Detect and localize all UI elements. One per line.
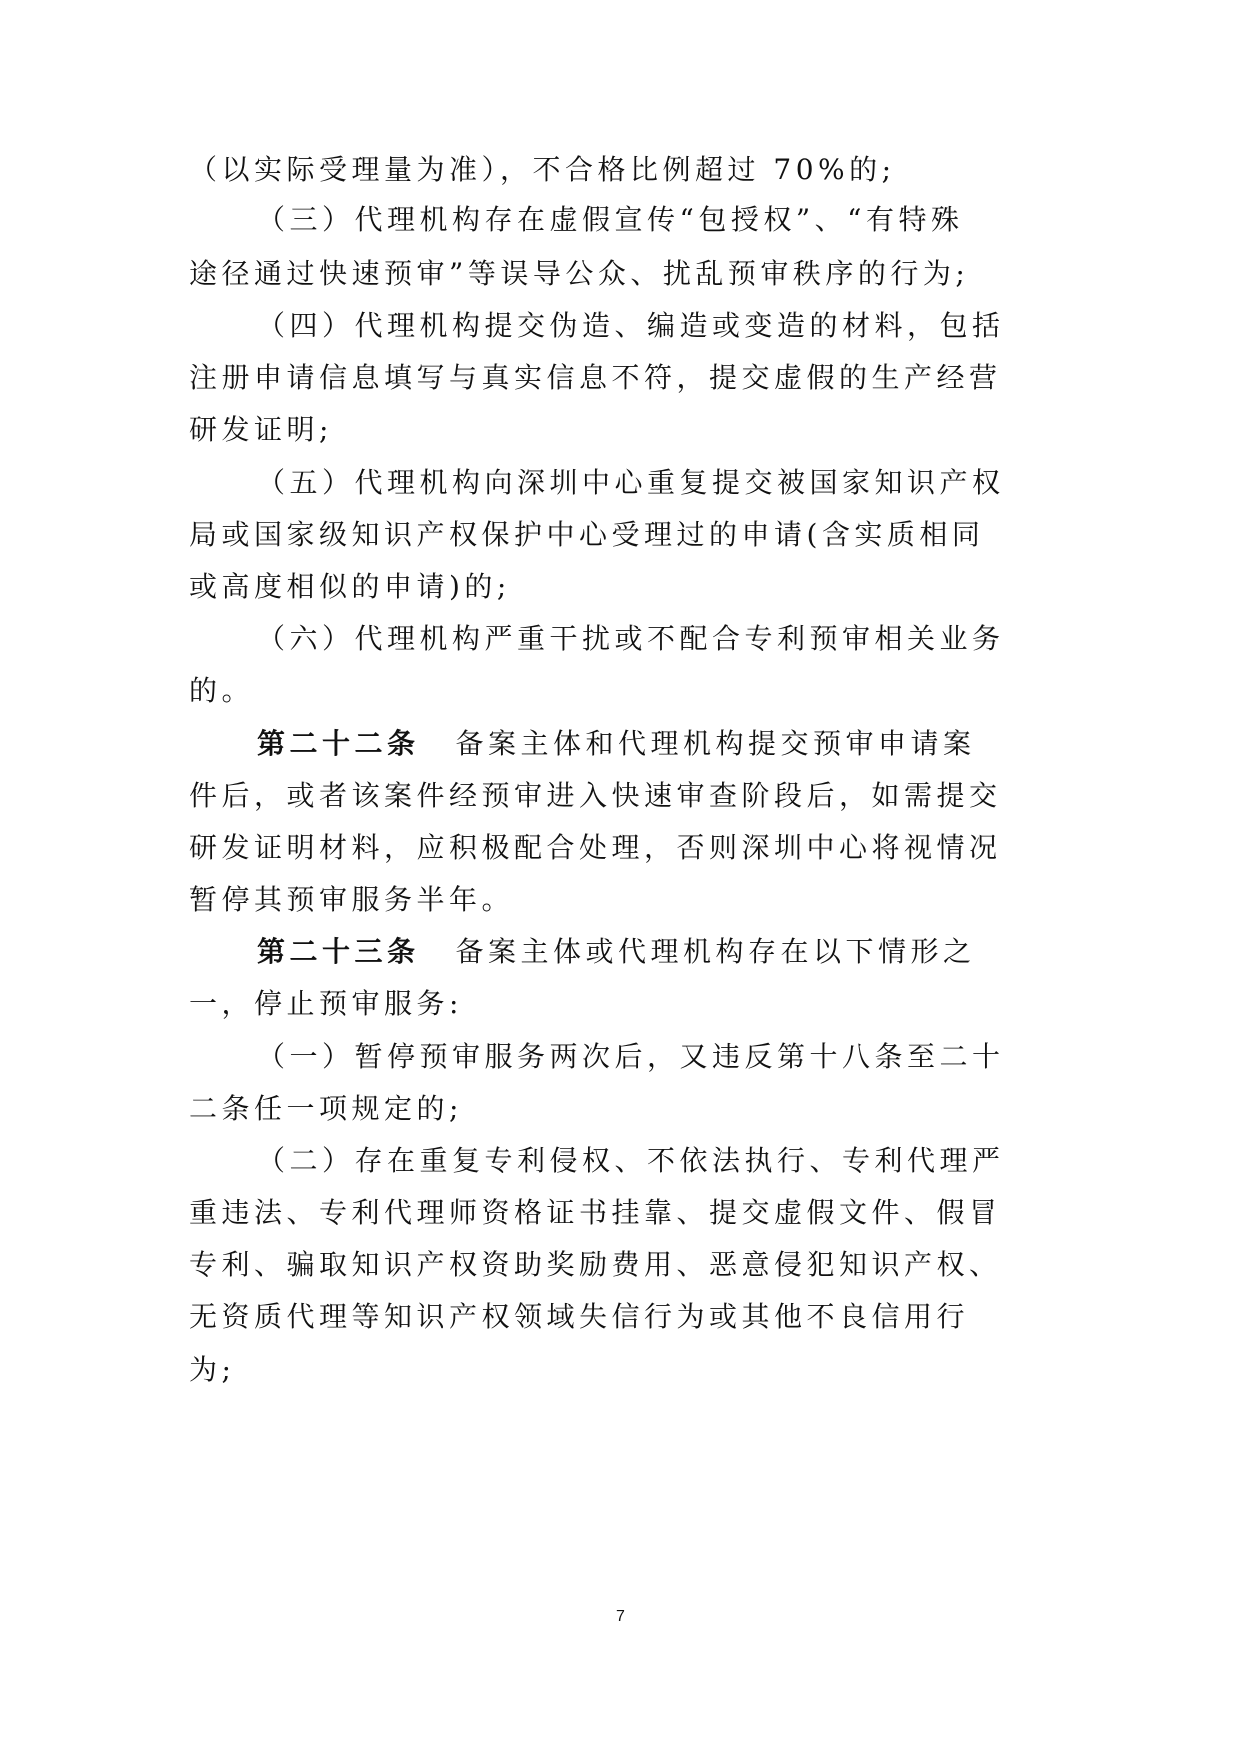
text-line: 专利、骗取知识产权资助奖励费用、恶意侵犯知识产权、	[189, 1247, 1049, 1283]
text-line: 备案主体和代理机构提交预审申请案	[456, 727, 976, 760]
text-line: 无资质代理等知识产权领域失信行为或其他不良信用行	[189, 1299, 1049, 1335]
text-line: 重违法、专利代理师资格证书挂靠、提交虚假文件、假冒	[189, 1195, 1049, 1231]
text-line: （五）代理机构向深圳中心重复提交被国家知识产权	[257, 465, 1117, 501]
text-line: 注册申请信息填写与真实信息不符，提交虚假的生产经营	[189, 360, 1049, 396]
text-line: 或高度相似的申请)的;	[189, 569, 1049, 605]
article-22-paragraph: 第二十二条备案主体和代理机构提交预审申请案	[257, 726, 1117, 762]
text-line: 研发证明材料，应积极配合处理，否则深圳中心将视情况	[189, 830, 1049, 866]
text-line: （三）代理机构存在虚假宣传“包授权”、“有特殊	[257, 202, 1117, 238]
text-line: （以实际受理量为准），不合格比例超过 70%的;	[189, 152, 1049, 188]
text-line: （一）暂停预审服务两次后，又违反第十八条至二十	[257, 1039, 1117, 1075]
text-line: 一，停止预审服务:	[189, 986, 1049, 1022]
article-heading: 第二十三条	[257, 935, 420, 968]
text-line: 件后，或者该案件经预审进入快速审查阶段后，如需提交	[189, 778, 1049, 814]
text-line: 的。	[189, 673, 1049, 709]
text-line: 二条任一项规定的;	[189, 1091, 1049, 1127]
text-line: 暂停其预审服务半年。	[189, 882, 1049, 918]
text-line: （二）存在重复专利侵权、不依法执行、专利代理严	[257, 1143, 1117, 1179]
document-page: （以实际受理量为准），不合格比例超过 70%的; （三）代理机构存在虚假宣传“包…	[0, 0, 1241, 1755]
page-number: 7	[0, 1608, 1241, 1626]
article-23-paragraph: 第二十三条备案主体或代理机构存在以下情形之	[257, 934, 1117, 970]
text-line: 途径通过快速预审”等误导公众、扰乱预审秩序的行为;	[189, 256, 1049, 292]
text-line: （六）代理机构严重干扰或不配合专利预审相关业务	[257, 621, 1117, 657]
text-line: 局或国家级知识产权保护中心受理过的申请(含实质相同	[189, 517, 1049, 553]
text-line: 为;	[189, 1352, 1049, 1388]
text-line: 备案主体或代理机构存在以下情形之	[456, 935, 976, 968]
text-line: （四）代理机构提交伪造、编造或变造的材料，包括	[257, 308, 1117, 344]
text-line: 研发证明;	[189, 412, 1049, 448]
article-heading: 第二十二条	[257, 727, 420, 760]
